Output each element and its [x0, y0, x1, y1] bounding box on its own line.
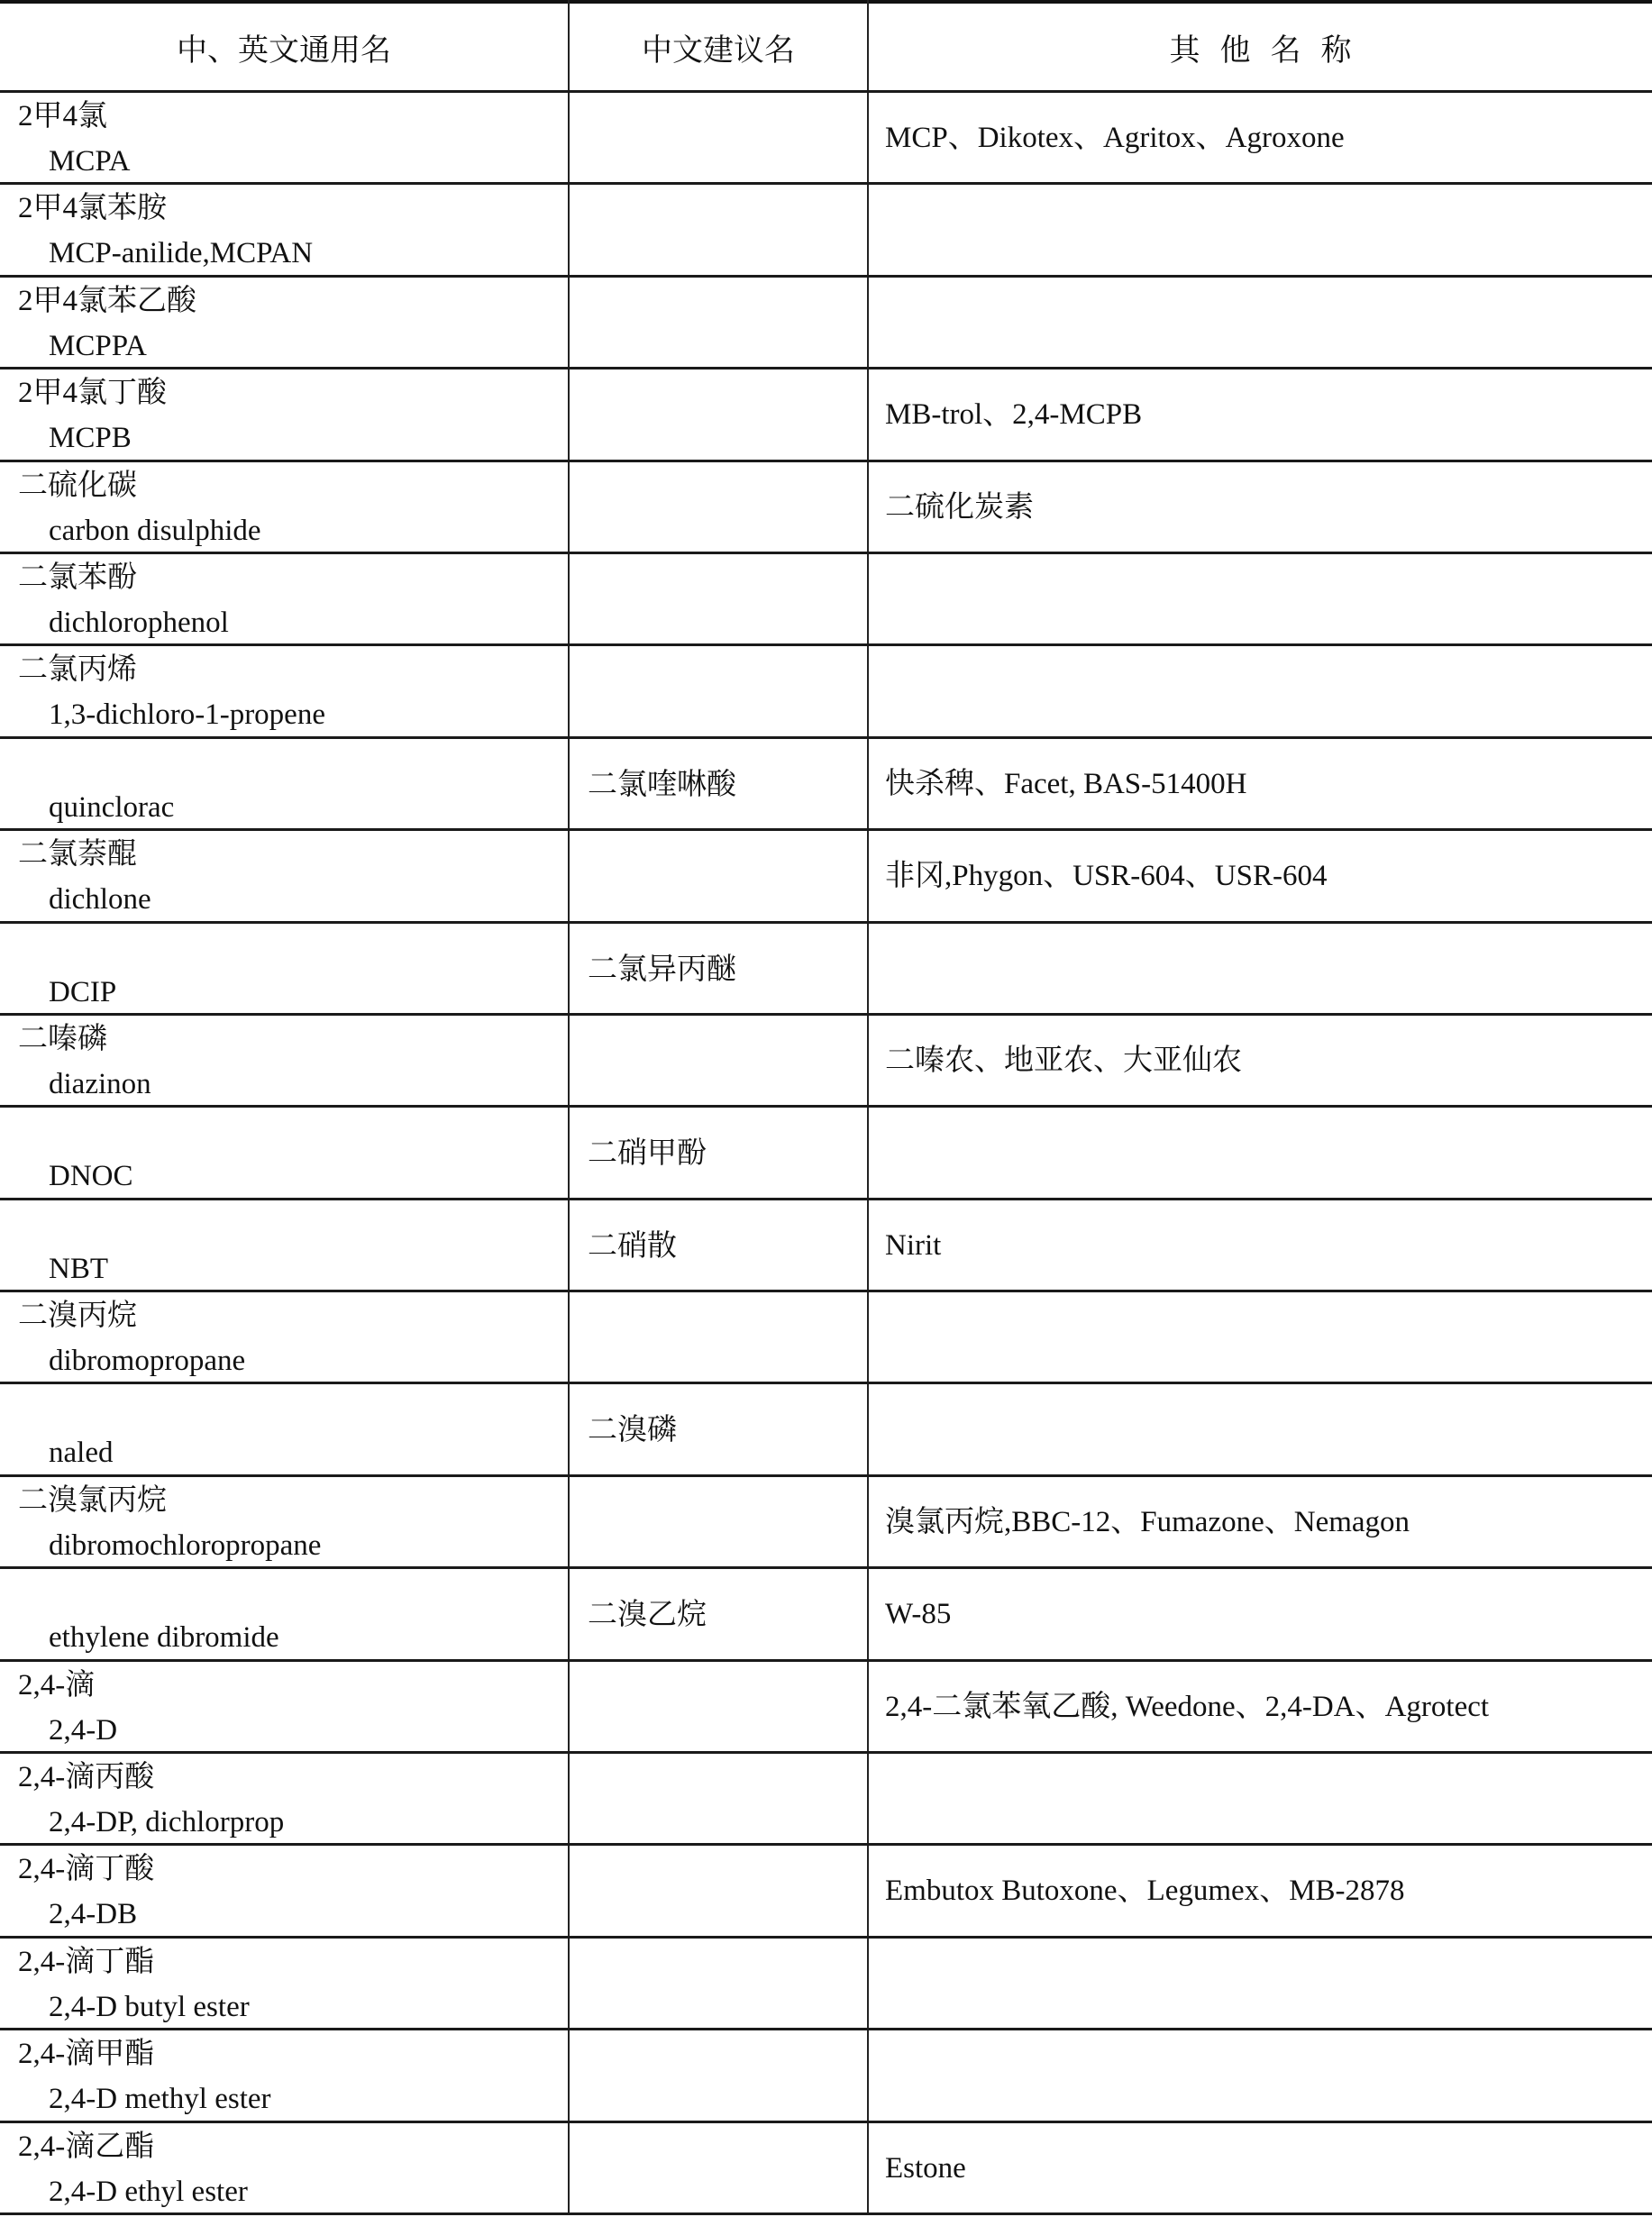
common-name-cell: 2,4-滴乙酯2,4-D ethyl ester: [0, 2123, 570, 2212]
suggested-name-cell: [570, 1754, 869, 1843]
other-names-cell: Estone: [869, 2123, 1652, 2212]
common-name-cell: 2,4-滴2,4-D: [0, 1662, 570, 1751]
other-names-cell: [869, 924, 1652, 1013]
other-names-cell: [869, 185, 1652, 274]
other-names-cell: [869, 554, 1652, 643]
english-common-name: NBT: [49, 1251, 108, 1287]
table-body: 2甲4氯MCPAMCP、Dikotex、Agritox、Agroxone2甲4氯…: [0, 93, 1652, 2215]
common-name-cell: DCIP: [0, 924, 570, 1013]
english-common-name: carbon disulphide: [49, 513, 261, 549]
table-row: 二溴氯丙烷dibromochloropropane溴氯丙烷,BBC-12、Fum…: [0, 1477, 1652, 1569]
english-common-name: 2,4-D ethyl ester: [49, 2174, 248, 2210]
other-names-cell: 二硫化炭素: [869, 462, 1652, 552]
table-row: DNOC二硝甲酚: [0, 1108, 1652, 1200]
table-row: 2甲4氯苯乙酸MCPPA: [0, 278, 1652, 369]
english-common-name: 2,4-D methyl ester: [49, 2081, 271, 2117]
other-names-cell: 2,4-二氯苯氧乙酸, Weedone、2,4-DA、Agrotect: [869, 1662, 1652, 1751]
common-name-cell: naled: [0, 1384, 570, 1473]
table-row: quinclorac二氯喹啉酸快杀稗、Facet, BAS-51400H: [0, 739, 1652, 831]
suggested-chinese-name: 二硝散: [588, 1228, 677, 1264]
table-row: NBT二硝散Nirit: [0, 1200, 1652, 1292]
common-name-cell: 二溴氯丙烷dibromochloropropane: [0, 1477, 570, 1566]
chinese-common-name: 二氯苯酚: [18, 560, 137, 596]
other-names: 2,4-二氯苯氧乙酸, Weedone、2,4-DA、Agrotect: [885, 1689, 1489, 1725]
other-names: 二硫化炭素: [885, 489, 1034, 525]
chinese-common-name: 2,4-滴甲酯: [18, 2036, 154, 2072]
suggested-name-cell: [570, 1662, 869, 1751]
common-name-cell: 2甲4氯苯胺MCP-anilide,MCPAN: [0, 185, 570, 274]
other-names: 快杀稗、Facet, BAS-51400H: [885, 766, 1246, 802]
table-row: 二嗪磷diazinon二嗪农、地亚农、大亚仙农: [0, 1016, 1652, 1108]
english-common-name: MCPB: [49, 420, 132, 456]
other-names-cell: [869, 1384, 1652, 1473]
table-row: 2,4-滴2,4-D2,4-二氯苯氧乙酸, Weedone、2,4-DA、Agr…: [0, 1662, 1652, 1754]
pesticide-names-table: 中、英文通用名 中文建议名 其他名称 2甲4氯MCPAMCP、Dikotex、A…: [0, 0, 1652, 2215]
other-names-cell: MCP、Dikotex、Agritox、Agroxone: [869, 93, 1652, 182]
other-names-cell: [869, 646, 1652, 735]
suggested-name-cell: 二氯喹啉酸: [570, 739, 869, 828]
english-common-name: MCP-anilide,MCPAN: [49, 235, 313, 271]
common-name-cell: 二氯萘醌dichlone: [0, 831, 570, 920]
suggested-chinese-name: 二硝甲酚: [588, 1136, 707, 1172]
other-names-cell: Nirit: [869, 1200, 1652, 1290]
english-common-name: 2,4-DB: [49, 1896, 137, 1932]
suggested-name-cell: [570, 278, 869, 367]
suggested-name-cell: [570, 1292, 869, 1382]
table-row: 二溴丙烷dibromopropane: [0, 1292, 1652, 1384]
table-row: 2,4-滴丁酸2,4-DBEmbutox Butoxone、Legumex、MB…: [0, 1846, 1652, 1938]
english-common-name: 2,4-DP, dichlorprop: [49, 1804, 284, 1840]
table-row: 二氯萘醌dichlone非冈,Phygon、USR-604、USR-604: [0, 831, 1652, 923]
common-name-cell: ethylene dibromide: [0, 1569, 570, 1658]
english-common-name: dibromochloropropane: [49, 1528, 321, 1564]
suggested-name-cell: [570, 1016, 869, 1105]
common-name-cell: 二氯苯酚dichlorophenol: [0, 554, 570, 643]
english-common-name: MCPA: [49, 143, 131, 179]
other-names: Embutox Butoxone、Legumex、MB-2878: [885, 1873, 1405, 1909]
english-common-name: dichlone: [49, 881, 151, 917]
chinese-common-name: 2,4-滴丁酸: [18, 1851, 154, 1887]
chinese-common-name: 二硫化碳: [18, 468, 137, 504]
chinese-common-name: 二氯萘醌: [18, 836, 137, 872]
suggested-name-cell: 二硝甲酚: [570, 1108, 869, 1197]
table-header-row: 中、英文通用名 中文建议名 其他名称: [0, 0, 1652, 93]
chinese-common-name: 二氯丙烯: [18, 652, 137, 688]
chinese-common-name: 2,4-滴: [18, 1667, 95, 1703]
english-common-name: ethylene dibromide: [49, 1619, 279, 1656]
chinese-common-name: 二溴氯丙烷: [18, 1483, 167, 1519]
suggested-name-cell: [570, 2030, 869, 2120]
other-names-cell: Embutox Butoxone、Legumex、MB-2878: [869, 1846, 1652, 1935]
suggested-name-cell: [570, 1939, 869, 2028]
other-names-cell: 溴氯丙烷,BBC-12、Fumazone、Nemagon: [869, 1477, 1652, 1566]
table-row: 二氯丙烯1,3-dichloro-1-propene: [0, 646, 1652, 738]
suggested-name-cell: [570, 93, 869, 182]
suggested-name-cell: [570, 462, 869, 552]
table-row: 2,4-滴丙酸2,4-DP, dichlorprop: [0, 1754, 1652, 1846]
suggested-name-cell: [570, 646, 869, 735]
table-row: 2,4-滴乙酯2,4-D ethyl esterEstone: [0, 2123, 1652, 2215]
other-names-cell: [869, 1754, 1652, 1843]
table-row: 2,4-滴丁酯2,4-D butyl ester: [0, 1939, 1652, 2030]
common-name-cell: 2,4-滴丁酸2,4-DB: [0, 1846, 570, 1935]
common-name-cell: 2,4-滴丁酯2,4-D butyl ester: [0, 1939, 570, 2028]
chinese-common-name: 2,4-滴丙酸: [18, 1759, 154, 1795]
other-names-cell: [869, 1292, 1652, 1382]
other-names-cell: MB-trol、2,4-MCPB: [869, 369, 1652, 459]
suggested-chinese-name: 二溴磷: [588, 1412, 677, 1448]
table-row: 2甲4氯丁酸MCPBMB-trol、2,4-MCPB: [0, 369, 1652, 461]
table-row: 二氯苯酚dichlorophenol: [0, 554, 1652, 646]
english-common-name: quinclorac: [49, 789, 174, 826]
common-name-cell: 二嗪磷diazinon: [0, 1016, 570, 1105]
english-common-name: 2,4-D: [49, 1712, 117, 1748]
suggested-name-cell: [570, 831, 869, 920]
chinese-common-name: 2甲4氯苯乙酸: [18, 283, 196, 319]
suggested-name-cell: 二溴磷: [570, 1384, 869, 1473]
suggested-name-cell: [570, 554, 869, 643]
english-common-name: dibromopropane: [49, 1343, 245, 1379]
suggested-name-cell: 二溴乙烷: [570, 1569, 869, 1658]
other-names: 非冈,Phygon、USR-604、USR-604: [885, 858, 1327, 894]
header-suggested-cn-name: 中文建议名: [570, 0, 869, 90]
english-common-name: diazinon: [49, 1066, 151, 1102]
other-names: 二嗪农、地亚农、大亚仙农: [885, 1043, 1242, 1079]
other-names-cell: [869, 1108, 1652, 1197]
chinese-common-name: 二嗪磷: [18, 1021, 107, 1057]
common-name-cell: 二溴丙烷dibromopropane: [0, 1292, 570, 1382]
table-row: 2甲4氯苯胺MCP-anilide,MCPAN: [0, 185, 1652, 277]
suggested-name-cell: [570, 1477, 869, 1566]
table-row: DCIP二氯异丙醚: [0, 924, 1652, 1016]
english-common-name: DCIP: [49, 974, 116, 1010]
common-name-cell: NBT: [0, 1200, 570, 1290]
suggested-name-cell: [570, 185, 869, 274]
suggested-name-cell: 二硝散: [570, 1200, 869, 1290]
chinese-common-name: 2甲4氯: [18, 98, 107, 134]
suggested-chinese-name: 二溴乙烷: [588, 1597, 707, 1633]
english-common-name: MCPPA: [49, 328, 147, 364]
other-names-cell: [869, 278, 1652, 367]
other-names-cell: 快杀稗、Facet, BAS-51400H: [869, 739, 1652, 828]
common-name-cell: 2甲4氯MCPA: [0, 93, 570, 182]
common-name-cell: quinclorac: [0, 739, 570, 828]
common-name-cell: 二氯丙烯1,3-dichloro-1-propene: [0, 646, 570, 735]
chinese-common-name: 2甲4氯丁酸: [18, 375, 167, 411]
table-row: 2,4-滴甲酯2,4-D methyl ester: [0, 2030, 1652, 2122]
chinese-common-name: 2,4-滴丁酯: [18, 1944, 154, 1980]
other-names-cell: 非冈,Phygon、USR-604、USR-604: [869, 831, 1652, 920]
common-name-cell: 2,4-滴丙酸2,4-DP, dichlorprop: [0, 1754, 570, 1843]
suggested-name-cell: 二氯异丙醚: [570, 924, 869, 1013]
common-name-cell: DNOC: [0, 1108, 570, 1197]
table-row: ethylene dibromide二溴乙烷W-85: [0, 1569, 1652, 1661]
other-names-cell: [869, 2030, 1652, 2120]
other-names: 溴氯丙烷,BBC-12、Fumazone、Nemagon: [885, 1504, 1410, 1540]
table-row: 2甲4氯MCPAMCP、Dikotex、Agritox、Agroxone: [0, 93, 1652, 185]
english-common-name: naled: [49, 1435, 113, 1471]
header-common-name: 中、英文通用名: [0, 0, 570, 90]
other-names: MB-trol、2,4-MCPB: [885, 397, 1142, 433]
chinese-common-name: 2,4-滴乙酯: [18, 2129, 154, 2165]
common-name-cell: 二硫化碳carbon disulphide: [0, 462, 570, 552]
suggested-name-cell: [570, 2123, 869, 2212]
suggested-chinese-name: 二氯异丙醚: [588, 952, 736, 988]
suggested-name-cell: [570, 1846, 869, 1935]
other-names-cell: [869, 1939, 1652, 2028]
other-names-cell: W-85: [869, 1569, 1652, 1658]
english-common-name: 2,4-D butyl ester: [49, 1989, 250, 2025]
other-names: Estone: [885, 2150, 966, 2186]
other-names: MCP、Dikotex、Agritox、Agroxone: [885, 120, 1345, 156]
suggested-chinese-name: 二氯喹啉酸: [588, 767, 736, 803]
english-common-name: 1,3-dichloro-1-propene: [49, 697, 325, 733]
table-row: naled二溴磷: [0, 1384, 1652, 1476]
common-name-cell: 2甲4氯苯乙酸MCPPA: [0, 278, 570, 367]
other-names: W-85: [885, 1596, 951, 1632]
english-common-name: DNOC: [49, 1158, 133, 1194]
common-name-cell: 2,4-滴甲酯2,4-D methyl ester: [0, 2030, 570, 2120]
suggested-name-cell: [570, 369, 869, 459]
header-other-names: 其他名称: [869, 0, 1652, 90]
other-names: Nirit: [885, 1227, 941, 1264]
other-names-cell: 二嗪农、地亚农、大亚仙农: [869, 1016, 1652, 1105]
table-row: 二硫化碳carbon disulphide二硫化炭素: [0, 462, 1652, 554]
chinese-common-name: 二溴丙烷: [18, 1298, 137, 1334]
english-common-name: dichlorophenol: [49, 605, 229, 641]
chinese-common-name: 2甲4氯苯胺: [18, 190, 167, 226]
common-name-cell: 2甲4氯丁酸MCPB: [0, 369, 570, 459]
